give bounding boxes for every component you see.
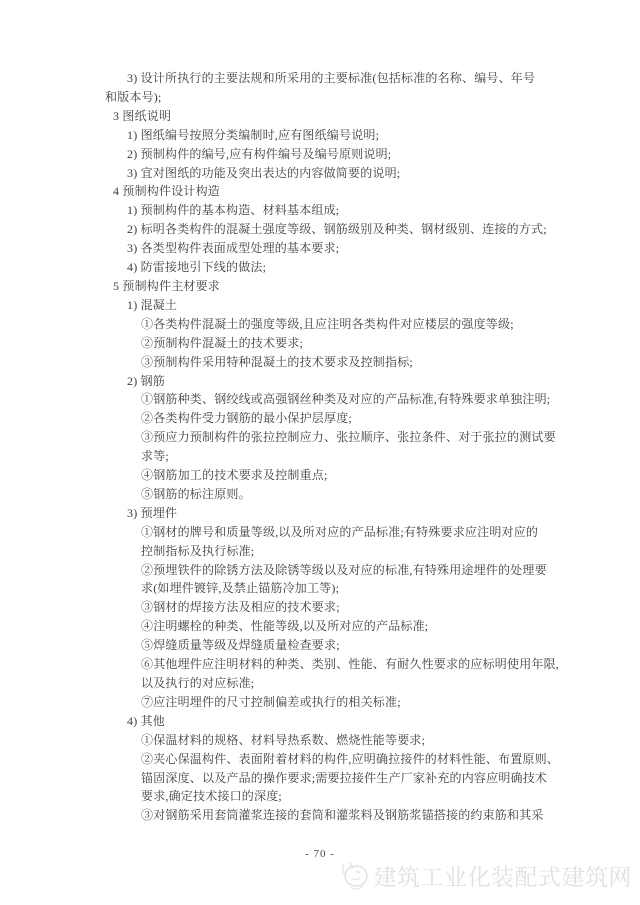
text-line: 1) 图纸编号按照分类编制时,应有图纸编号说明; xyxy=(127,126,555,145)
text-line: 以及执行的对应标准; xyxy=(141,674,555,693)
text-line: 要求,确定技术接口的深度; xyxy=(141,787,555,806)
text-line: 1) 混凝土 xyxy=(127,296,555,315)
text-line: 4 预制构件设计构造 xyxy=(113,182,555,201)
text-line: ②各类构件受力钢筋的最小保护层厚度; xyxy=(141,409,555,428)
text-line: ③预制构件采用特种混凝土的技术要求及控制指标; xyxy=(141,353,555,372)
text-line: ②预埋铁件的除锈方法及除锈等级以及对应的标准,有特殊用途埋件的处理要 xyxy=(141,561,555,580)
text-line: ①各类构件混凝土的强度等级,且应注明各类构件对应楼层的强度等级; xyxy=(141,315,555,334)
text-line: ②夹心保温构件、表面附着材料的构件,应明确拉接件的材料性能、布置原则、 xyxy=(141,750,555,769)
watermark: 建筑工业化装配式建筑网 xyxy=(336,856,633,894)
text-line: 3) 预埋件 xyxy=(127,504,555,523)
text-line: ①钢材的牌号和质量等级,以及所对应的产品标准;有特殊要求应注明对应的 xyxy=(141,523,555,542)
text-line: 3) 各类型构件表面成型处理的基本要求; xyxy=(127,239,555,258)
text-line: ④注明螺栓的种类、性能等级,以及所对应的产品标准; xyxy=(141,617,555,636)
text-line: ⑤焊缝质量等级及焊缝质量检查要求; xyxy=(141,636,555,655)
text-line: 2) 标明各类构件的混凝土强度等级、钢筋级别及种类、钢材级别、连接的方式; xyxy=(127,220,555,239)
text-line: ③对钢筋采用套筒灌浆连接的套筒和灌浆料及钢筋浆锚搭接的约束筋和其采 xyxy=(141,806,555,825)
text-line: 和版本号); xyxy=(105,88,555,107)
text-line: 求等; xyxy=(141,447,555,466)
text-line: ④钢筋加工的技术要求及控制重点; xyxy=(141,466,555,485)
text-line: 5 预制构件主材要求 xyxy=(113,277,555,296)
text-line: ⑥其他埋件应注明材料的种类、类别、性能、有耐久性要求的应标明使用年限, xyxy=(141,655,555,674)
text-line: 锚固深度、以及产品的操作要求;需要拉接件生产厂家补充的内容应明确技术 xyxy=(141,769,555,788)
text-line: 3 图纸说明 xyxy=(113,107,555,126)
text-line: 2) 钢筋 xyxy=(127,372,555,391)
text-line: 2) 预制构件的编号,应有构件编号及编号原则说明; xyxy=(127,145,555,164)
text-line: ③预应力预制构件的张拉控制应力、张拉顺序、张拉条件、对于张拉的测试要 xyxy=(141,428,555,447)
text-line: ⑦应注明埋件的尺寸控制偏差或执行的相关标准; xyxy=(141,693,555,712)
mascot-sketch-icon xyxy=(336,856,372,894)
text-line: ②预制构件混凝土的技术要求; xyxy=(141,334,555,353)
text-line: ①钢筋种类、钢绞线或高强钢丝种类及对应的产品标准,有特殊要求单独注明; xyxy=(141,390,555,409)
document-page: 3) 设计所执行的主要法规和所采用的主要标准(包括标准的名称、编号、年号和版本号… xyxy=(0,0,640,905)
text-line: 3) 设计所执行的主要法规和所采用的主要标准(包括标准的名称、编号、年号 xyxy=(127,69,555,88)
text-line: 求(如埋件镀锌,及禁止锚筋冷加工等); xyxy=(141,579,555,598)
text-line: 4) 防雷接地引下线的做法; xyxy=(127,258,555,277)
text-line: ③钢材的焊接方法及相应的技术要求; xyxy=(141,598,555,617)
text-line: 3) 宜对图纸的功能及突出表达的内容做简要的说明; xyxy=(127,164,555,183)
document-body: 3) 设计所执行的主要法规和所采用的主要标准(包括标准的名称、编号、年号和版本号… xyxy=(105,69,555,825)
text-line: ⑤钢筋的标注原则。 xyxy=(141,485,555,504)
text-line: 1) 预制构件的基本构造、材料基本组成; xyxy=(127,201,555,220)
text-line: 控制指标及执行标准; xyxy=(141,542,555,561)
text-line: 4) 其他 xyxy=(127,712,555,731)
watermark-text: 建筑工业化装配式建筑网 xyxy=(374,859,633,892)
text-line: ①保温材料的规格、材料导热系数、燃烧性能等要求; xyxy=(141,731,555,750)
